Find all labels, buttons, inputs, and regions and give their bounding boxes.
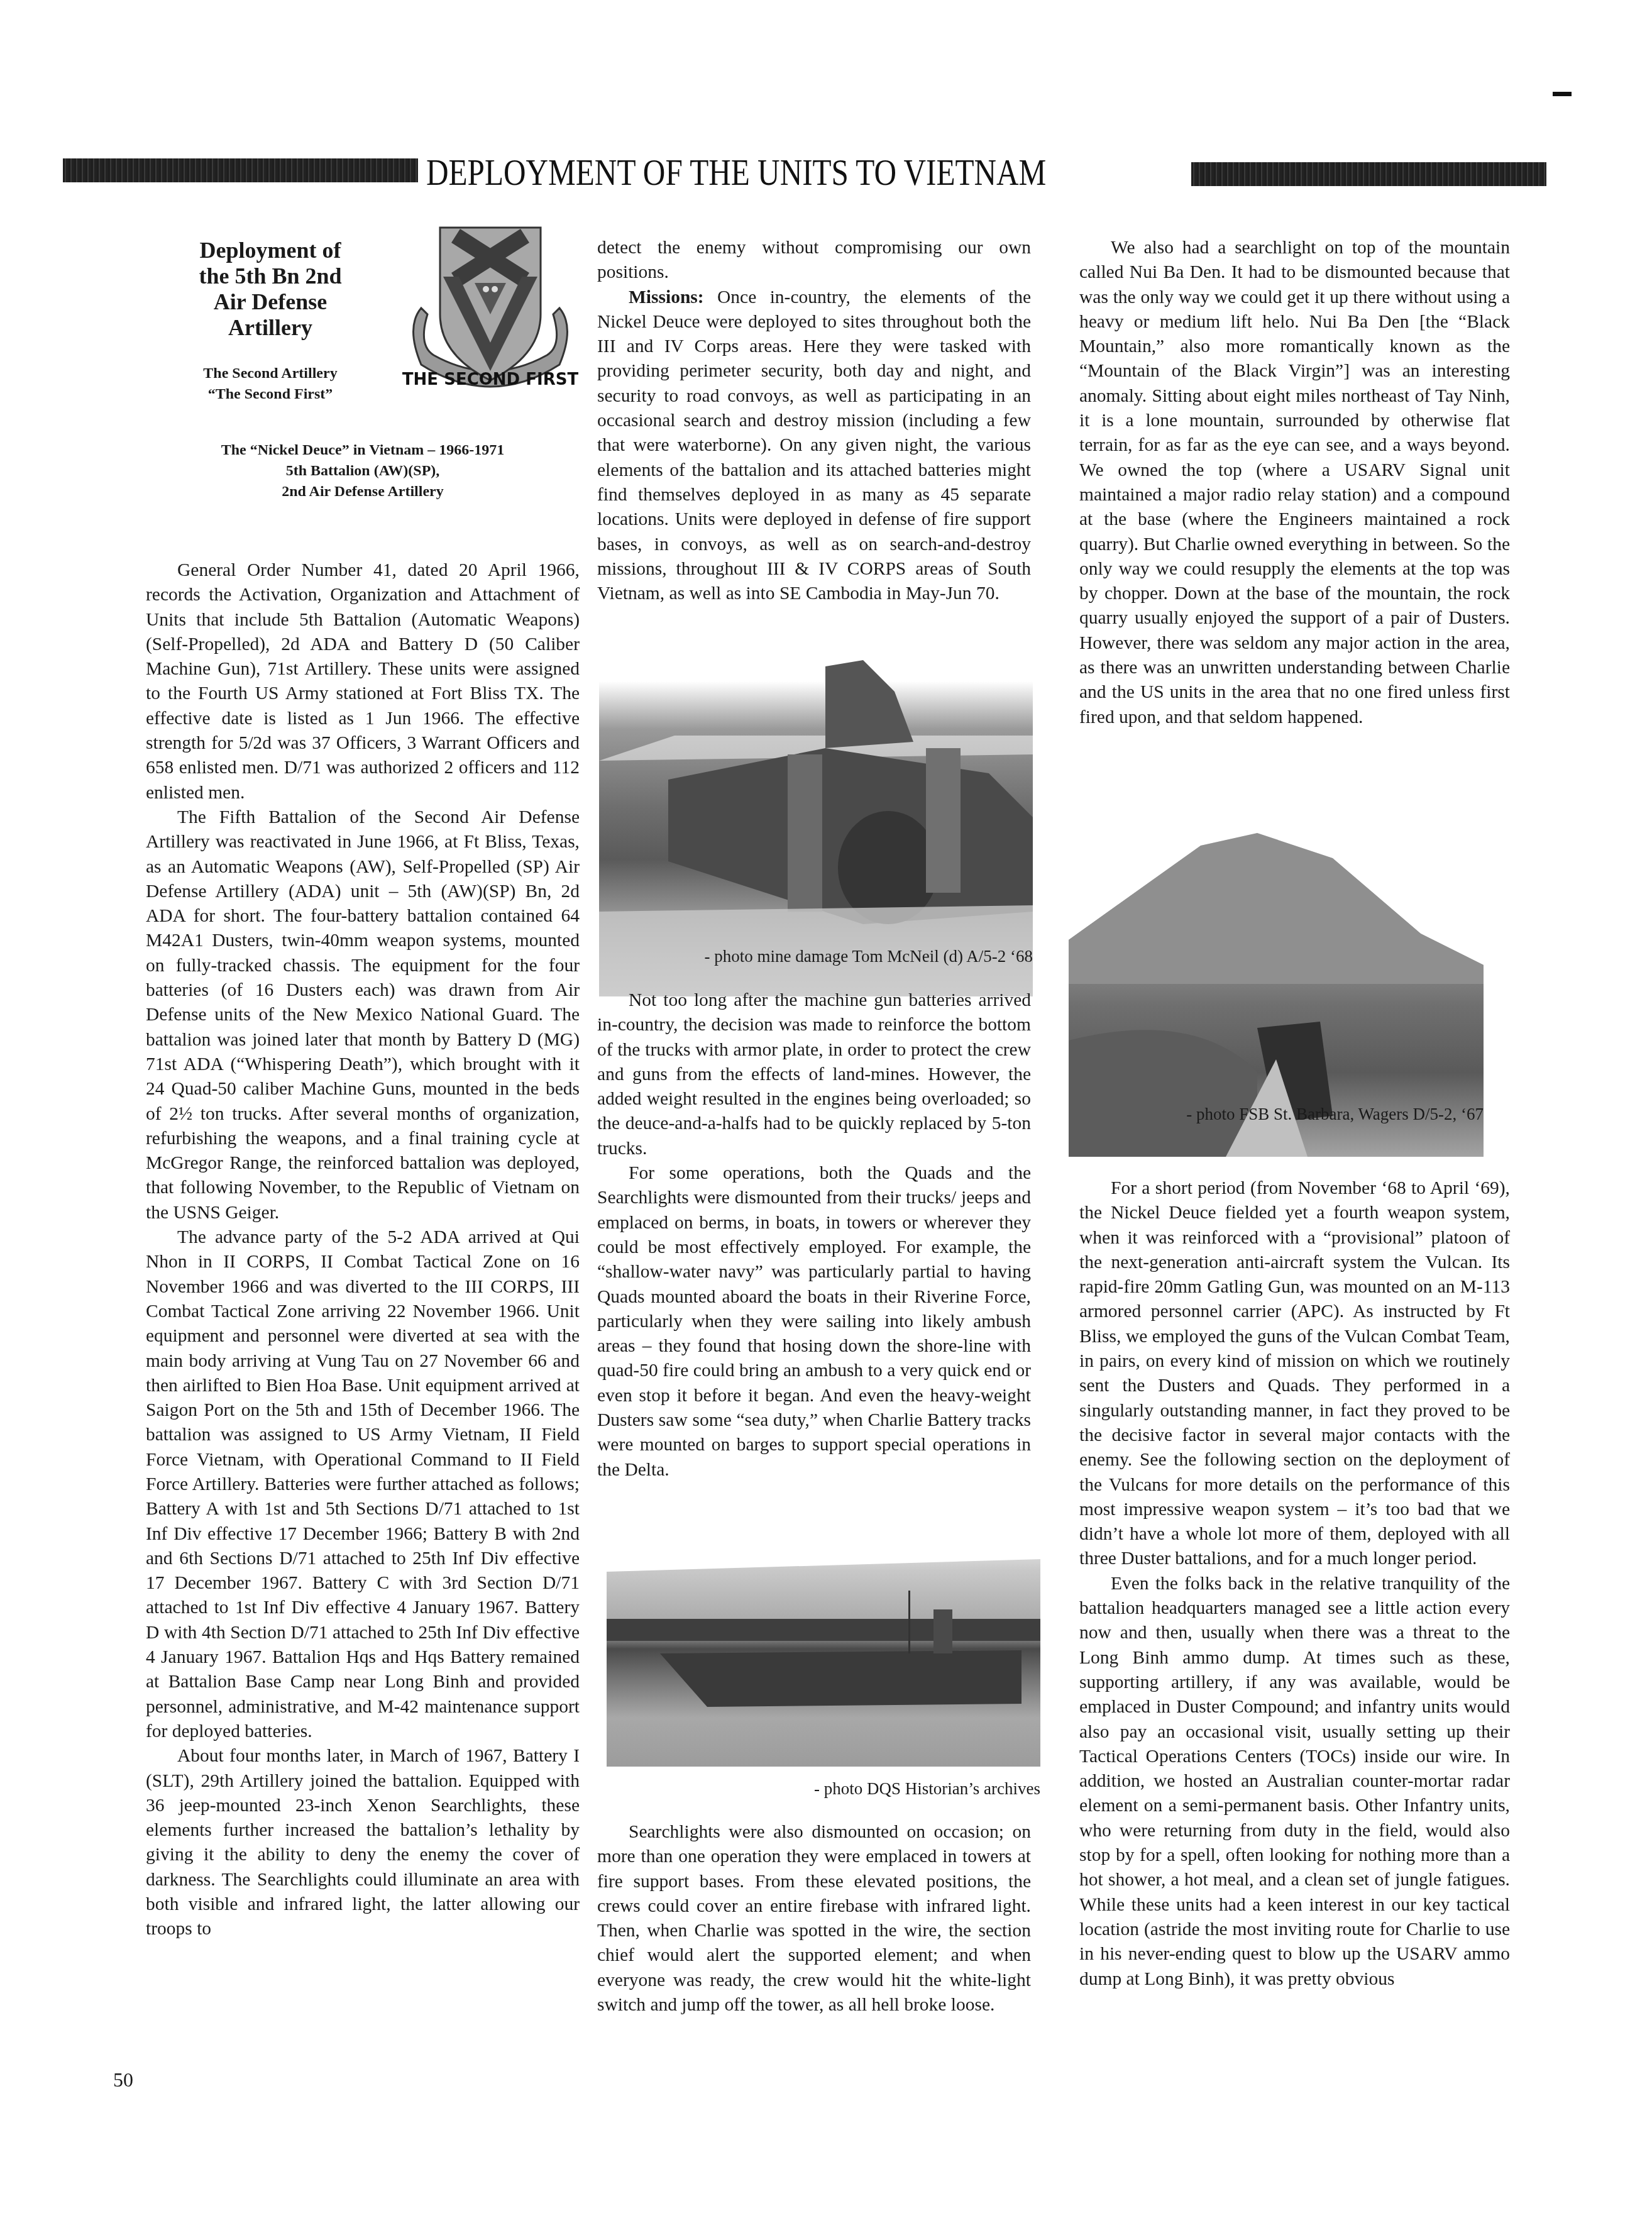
middle-column-bottom: Searchlights were also dismounted on occ… bbox=[597, 1820, 1031, 2017]
paragraph: The Fifth Battalion of the Second Air De… bbox=[146, 805, 580, 1225]
scan-corner-mark bbox=[1553, 92, 1572, 96]
right-column-top: We also had a searchlight on top of the … bbox=[1079, 236, 1510, 730]
page-number: 50 bbox=[113, 2068, 133, 2092]
unit-crest-image: THE SECOND FIRST bbox=[402, 220, 578, 402]
photo-mine-damage bbox=[599, 654, 1033, 996]
photo-landing-craft bbox=[607, 1521, 1040, 1767]
paragraph: General Order Number 41, dated 20 April … bbox=[146, 558, 580, 805]
paragraph: About four months later, in March of 196… bbox=[146, 1744, 580, 1941]
subtitle-line: The Second Artillery bbox=[151, 363, 390, 384]
crest-shield-icon: THE SECOND FIRST bbox=[402, 220, 578, 402]
missions-text: Once in-country, the elements of the Nic… bbox=[597, 287, 1031, 604]
regiment-subtitle: The Second Artillery “The Second First” bbox=[151, 363, 390, 405]
paragraph-continuation: detect the enemy without compromising ou… bbox=[597, 236, 1031, 285]
unit-line: The “Nickel Deuce” in Vietnam – 1966-197… bbox=[146, 440, 580, 461]
paragraph: Not too long after the machine gun batte… bbox=[597, 988, 1031, 1161]
article-title: Deployment of the 5th Bn 2nd Air Defense… bbox=[151, 238, 390, 341]
middle-column-top: detect the enemy without compromising ou… bbox=[597, 236, 1031, 606]
section-title: DEPLOYMENT OF THE UNITS TO VIETNAM bbox=[426, 151, 1046, 194]
tank-photo-icon bbox=[599, 654, 1033, 996]
paragraph: For some operations, both the Quads and … bbox=[597, 1161, 1031, 1482]
missions-paragraph: Missions: Once in-country, the elements … bbox=[597, 285, 1031, 607]
photo-caption: - photo mine damage Tom McNeil (d) A/5-2… bbox=[599, 946, 1033, 966]
right-column-bottom: For a short period (from November ‘68 to… bbox=[1079, 1176, 1510, 1992]
photo-caption: - photo FSB St. Barbara, Wagers D/5-2, ‘… bbox=[1069, 1104, 1484, 1124]
article-title-line: Air Defense bbox=[151, 289, 390, 315]
paragraph: The advance party of the 5-2 ADA arrived… bbox=[146, 1225, 580, 1744]
article-title-line: Deployment of bbox=[151, 238, 390, 263]
unit-line: 2nd Air Defense Artillery bbox=[146, 482, 580, 502]
subtitle-line: “The Second First” bbox=[151, 384, 390, 405]
header-bar-right bbox=[1191, 162, 1546, 186]
left-column: General Order Number 41, dated 20 April … bbox=[146, 558, 580, 1942]
paragraph: Even the folks back in the relative tran… bbox=[1079, 1572, 1510, 1992]
middle-column-mid: Not too long after the machine gun batte… bbox=[597, 988, 1031, 1482]
paragraph: We also had a searchlight on top of the … bbox=[1079, 236, 1510, 730]
boat-photo-icon bbox=[607, 1521, 1040, 1767]
crest-motto: THE SECOND FIRST bbox=[402, 370, 578, 389]
article-title-line: the 5th Bn 2nd bbox=[151, 263, 390, 289]
unit-line: 5th Battalion (AW)(SP), bbox=[146, 461, 580, 482]
photo-caption: - photo DQS Historian’s archives bbox=[607, 1779, 1040, 1799]
missions-label: Missions: bbox=[629, 287, 704, 307]
section-header: DEPLOYMENT OF THE UNITS TO VIETNAM bbox=[63, 158, 1572, 189]
header-bar-left bbox=[63, 158, 418, 182]
article-title-line: Artillery bbox=[151, 315, 390, 341]
unit-designation: The “Nickel Deuce” in Vietnam – 1966-197… bbox=[146, 440, 580, 502]
paragraph: For a short period (from November ‘68 to… bbox=[1079, 1176, 1510, 1572]
paragraph: Searchlights were also dismounted on occ… bbox=[597, 1820, 1031, 2017]
